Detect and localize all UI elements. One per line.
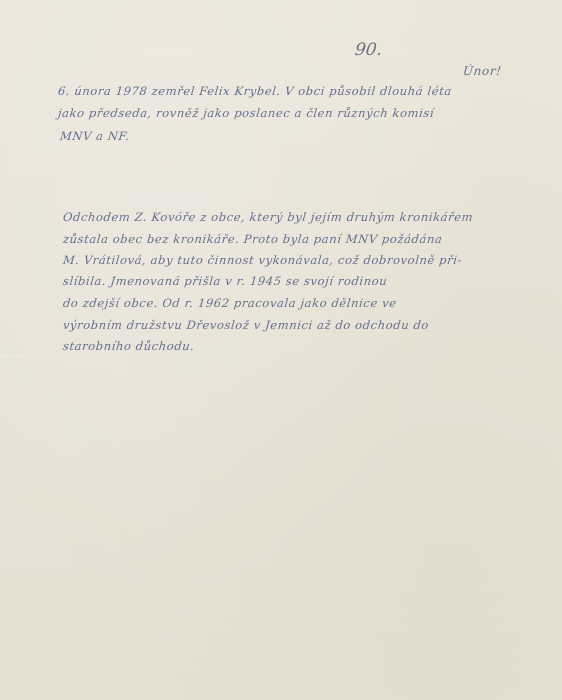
- paper-fold-mark: [0, 355, 70, 356]
- entry-2-line-5: do zdejší obce. Od r. 1962 pracovala jak…: [62, 296, 397, 310]
- entry-2-line-7: starobního důchodu.: [62, 339, 195, 353]
- entry-1-line-3: MNV a NF.: [59, 129, 130, 143]
- entry-1-line-2: jako předseda, rovněž jako poslanec a čl…: [57, 106, 435, 120]
- entry-2-line-6: výrobním družstvu Dřevoslož v Jemnici až…: [62, 318, 429, 332]
- entry-2-line-1: Odchodem Z. Kovóře z obce, který byl jej…: [62, 210, 474, 224]
- entry-2-line-4: slíbila. Jmenovaná přišla v r. 1945 se s…: [62, 274, 388, 288]
- handwritten-document-page: 90. Únor! 6. února 1978 zemřel Felix Kry…: [0, 0, 562, 700]
- month-heading: Únor!: [462, 64, 502, 78]
- entry-2-line-2: zůstala obec bez kronikáře. Proto byla p…: [62, 232, 443, 246]
- page-number: 90.: [354, 40, 383, 60]
- entry-2-line-3: M. Vrátilová, aby tuto činnost vykonával…: [62, 253, 463, 267]
- entry-1-line-1: 6. února 1978 zemřel Felix Krybel. V obc…: [57, 84, 452, 98]
